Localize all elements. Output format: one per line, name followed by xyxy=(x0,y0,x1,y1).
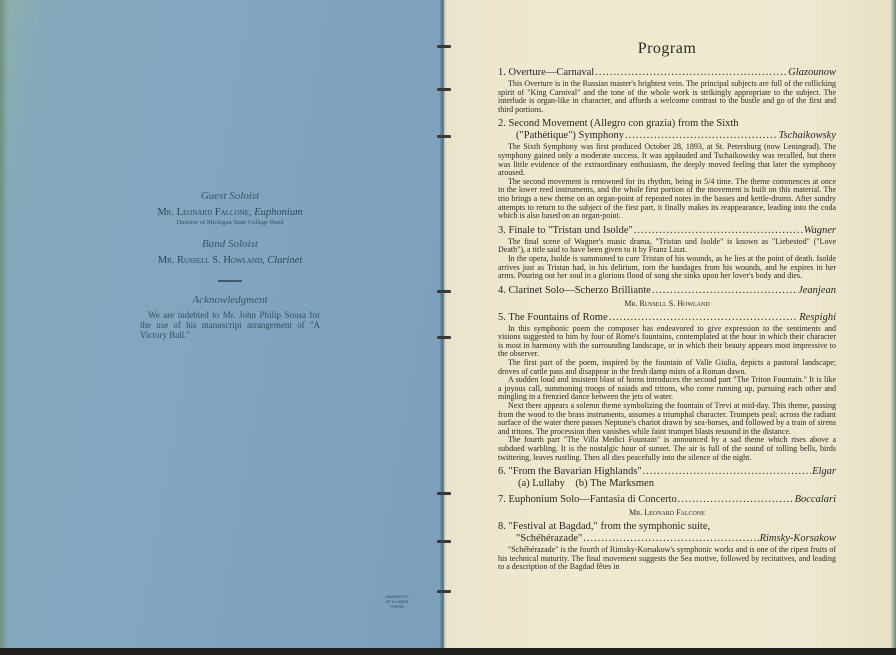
item-composer: Wagner xyxy=(804,225,836,237)
guest-soloist-affiliation: Director of Michigan State College Band xyxy=(120,219,340,226)
band-soloist-name: Mr. Russell S. Howland xyxy=(158,255,262,266)
acknowledgment-heading: Acknowledgment xyxy=(120,294,340,306)
item-performer: Mr. Leonard Falcone xyxy=(498,508,836,517)
item-description: In this symphonic poem the composer has … xyxy=(498,325,836,463)
item-title: "From the Bavarian Highlands" xyxy=(509,466,642,477)
item-title: Overture—Carnaval xyxy=(509,67,595,78)
staple-icon xyxy=(437,336,451,339)
item-composer: Rimsky-Korsakow xyxy=(760,533,836,545)
guest-soloist-name: Mr. Leonard Falcone xyxy=(157,207,249,218)
leader-dots xyxy=(652,285,797,297)
staple-icon xyxy=(437,135,451,138)
scan-background-strip xyxy=(0,648,896,655)
item-number: 5. xyxy=(498,312,506,323)
item-number: 6. xyxy=(498,466,506,477)
program-entry: 6. "From the Bavarian Highlands" Elgar xyxy=(498,466,836,478)
program-listing: Program 1. Overture—Carnaval Glazounow T… xyxy=(498,40,836,576)
program-item: 8. "Festival at Bagdad," from the sympho… xyxy=(498,521,836,572)
leader-dots xyxy=(634,225,803,237)
leader-dots xyxy=(609,312,798,324)
program-item: 4. Clarinet Solo—Scherzo Brilliante Jean… xyxy=(498,285,836,308)
program-entry: 7. Euphonium Solo—Fantasia di Concerto B… xyxy=(498,494,836,506)
program-entry: 3. Finale to "Tristan und Isolde" Wagner xyxy=(498,225,836,237)
item-composer: Boccalari xyxy=(795,494,836,506)
item-number: 7. xyxy=(498,494,506,505)
item-composer: Respighi xyxy=(799,312,836,324)
staple-icon xyxy=(437,590,451,593)
acknowledgment-text: We are indebted to Mr. John Philip Sousa… xyxy=(120,310,340,340)
item-composer: Jeanjean xyxy=(798,285,836,297)
leader-dots xyxy=(583,533,758,545)
item-title: Clarinet Solo—Scherzo Brilliante xyxy=(509,285,651,296)
item-description: "Schéhérazade" is the fourth of Rimsky-K… xyxy=(498,546,836,572)
item-description: The final scene of Wagner's music drama,… xyxy=(498,238,836,281)
item-number: 8. xyxy=(498,521,506,532)
leader-dots xyxy=(678,494,794,506)
printer-imprint: UNIVERSITY OF ILLINOIS PRESS xyxy=(382,594,412,609)
item-number: 3. xyxy=(498,225,506,236)
item-composer: Tschaikowsky xyxy=(779,130,836,142)
staple-icon xyxy=(437,290,451,293)
item-number: 1. xyxy=(498,67,506,78)
program-item: 5. The Fountains of Rome Respighi In thi… xyxy=(498,312,836,463)
page-title: Program xyxy=(498,40,836,58)
program-entry: ("Pathétique") Symphony Tschaikowsky xyxy=(498,130,836,142)
divider-rule xyxy=(218,280,242,282)
staple-icon xyxy=(437,88,451,91)
item-number: 4. xyxy=(498,285,506,296)
band-soloist-heading: Band Soloist xyxy=(120,238,340,250)
program-entry: 1. Overture—Carnaval Glazounow xyxy=(498,67,836,79)
booklet-spread: Guest Soloist Mr. Leonard Falcone, Eupho… xyxy=(0,0,896,648)
guest-soloist-heading: Guest Soloist xyxy=(120,190,340,202)
item-title: The Fountains of Rome xyxy=(508,312,607,323)
item-title: "Schéhérazade" xyxy=(516,533,582,545)
program-item: 3. Finale to "Tristan und Isolde" Wagner… xyxy=(498,225,836,281)
staple-icon xyxy=(437,45,451,48)
item-description: The Sixth Symphony was first produced Oc… xyxy=(498,143,836,220)
program-item: 6. "From the Bavarian Highlands" Elgar (… xyxy=(498,466,836,490)
staple-icon xyxy=(437,492,451,495)
imprint-line: PRESS xyxy=(382,604,412,609)
leader-dots xyxy=(643,466,811,478)
item-description: This Overture is in the Russian master's… xyxy=(498,80,836,114)
leader-dots xyxy=(595,67,787,79)
page-edge xyxy=(891,0,896,648)
program-item: 7. Euphonium Solo—Fantasia di Concerto B… xyxy=(498,494,836,517)
program-item: 2. Second Movement (Allegro con grazia) … xyxy=(498,118,836,220)
item-composer: Glazounow xyxy=(788,67,836,79)
item-number: 2. xyxy=(498,118,506,129)
item-title: Euphonium Solo—Fantasia di Concerto xyxy=(509,494,677,505)
item-composer: Elgar xyxy=(812,466,836,478)
program-entry: 5. The Fountains of Rome Respighi xyxy=(498,312,836,324)
band-soloist-line: Mr. Russell S. Howland, Clarinet xyxy=(120,255,340,266)
program-entry: "Schéhérazade" Rimsky-Korsakow xyxy=(498,533,836,545)
leader-dots xyxy=(625,130,778,142)
staple-icon xyxy=(437,540,451,543)
item-title-line1: 8. "Festival at Bagdad," from the sympho… xyxy=(498,521,836,533)
program-entry: 4. Clarinet Solo—Scherzo Brilliante Jean… xyxy=(498,285,836,297)
item-title: Finale to "Tristan und Isolde" xyxy=(509,225,633,236)
item-title: ("Pathétique") Symphony xyxy=(516,130,624,142)
band-soloist-instrument: Clarinet xyxy=(267,255,302,266)
guest-soloist-instrument: Euphonium xyxy=(254,207,302,218)
item-title-line1: 2. Second Movement (Allegro con grazia) … xyxy=(498,118,836,130)
guest-soloist-line: Mr. Leonard Falcone, Euphonium xyxy=(120,207,340,218)
soloists-block: Guest Soloist Mr. Leonard Falcone, Eupho… xyxy=(120,190,340,340)
item-performer: Mr. Russell S. Howland xyxy=(498,299,836,308)
program-item: 1. Overture—Carnaval Glazounow This Over… xyxy=(498,67,836,114)
item-subparts: (a) Lullaby (b) The Marksmen xyxy=(498,478,836,490)
